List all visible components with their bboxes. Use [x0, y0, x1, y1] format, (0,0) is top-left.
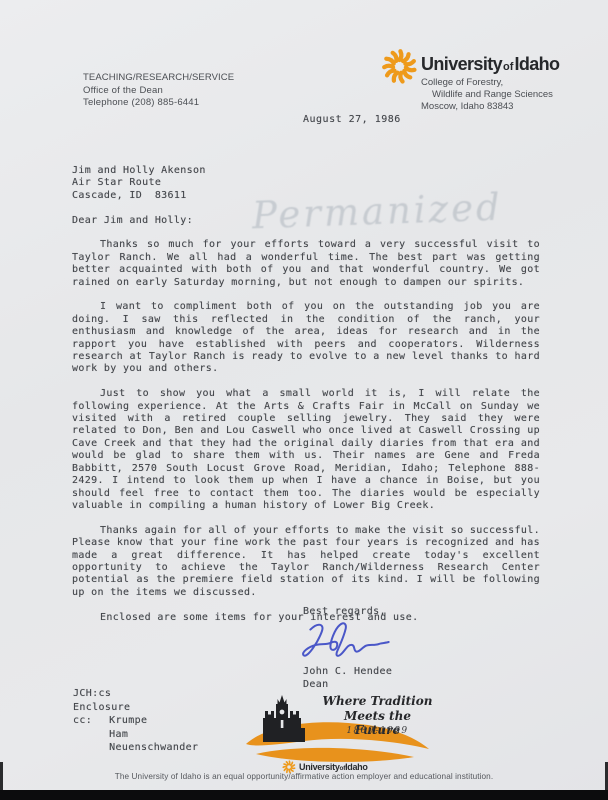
address-line: College of Forestry, — [421, 77, 553, 89]
centennial-years: 1889-1989 — [320, 726, 435, 736]
admin-building-icon — [260, 690, 308, 746]
recipient-line: Air Star Route — [72, 177, 540, 189]
brand-idaho: Idaho — [345, 762, 368, 772]
centennial-logo: Where Tradition Meets the Future 1889-19… — [240, 686, 435, 778]
cc-list: cc: Krumpe Ham Neuenschwander — [73, 714, 198, 755]
scan-bottom-bar — [0, 790, 608, 800]
letterhead-line: Office of the Dean — [83, 85, 234, 98]
paragraph-1: Thanks so much for your efforts toward a… — [72, 239, 540, 289]
cc-label: cc: — [73, 714, 92, 755]
university-wordmark: UniversityofIdaho — [421, 54, 559, 75]
wordmark-university: University — [421, 54, 502, 74]
motto-line-1: Where Tradition — [320, 694, 435, 709]
paragraph-4: Thanks again for all of your efforts to … — [72, 525, 540, 599]
centennial-brand-text: UniversityofIdaho — [299, 762, 368, 772]
cc-name: Neuenschwander — [109, 741, 198, 755]
typist-reference: JCH:cs — [73, 687, 198, 701]
letterhead-department-block: TEACHING/RESEARCH/SERVICE Office of the … — [83, 72, 234, 110]
closing-phrase: Best regards, — [303, 605, 402, 618]
address-line: Wildlife and Range Sciences — [421, 89, 553, 101]
letter-date: August 27, 1986 — [303, 114, 401, 125]
letterhead-line: TEACHING/RESEARCH/SERVICE — [83, 72, 234, 85]
address-line: Moscow, Idaho 83843 — [421, 101, 553, 113]
signer-name: John C. Hendee — [303, 665, 402, 678]
signature-john-hendee — [297, 620, 402, 664]
enclosure-note: Enclosure — [73, 701, 198, 715]
paragraph-3: Just to show you what a small world it i… — [72, 388, 540, 512]
salutation: Dear Jim and Holly: — [72, 215, 540, 227]
cc-name: Krumpe — [109, 714, 198, 728]
recipient-address: Jim and Holly Akenson Air Star Route Cas… — [72, 165, 540, 202]
wordmark-idaho: Idaho — [514, 54, 559, 74]
brand-university: University — [299, 762, 340, 772]
letterhead-line: Telephone (208) 885-6441 — [83, 97, 234, 110]
letter-body-column: Jim and Holly Akenson Air Star Route Cas… — [72, 165, 540, 636]
scan-edge-artifact — [0, 762, 3, 792]
recipient-line: Jim and Holly Akenson — [72, 165, 540, 177]
letterhead-address-block: College of Forestry, Wildlife and Range … — [421, 77, 553, 113]
equal-opportunity-statement: The University of Idaho is an equal oppo… — [0, 772, 608, 781]
uidaho-sunburst-icon — [381, 48, 418, 85]
recipient-line: Cascade, ID 83611 — [72, 190, 540, 202]
cc-name: Ham — [109, 728, 198, 742]
closing-block: Best regards, John C. Hendee Dean — [303, 605, 402, 691]
letter-page: TEACHING/RESEARCH/SERVICE Office of the … — [0, 0, 608, 800]
wordmark-of: of — [502, 61, 514, 73]
reference-block: JCH:cs Enclosure cc: Krumpe Ham Neuensch… — [73, 687, 198, 755]
paragraph-2: I want to compliment both of you on the … — [72, 301, 540, 375]
